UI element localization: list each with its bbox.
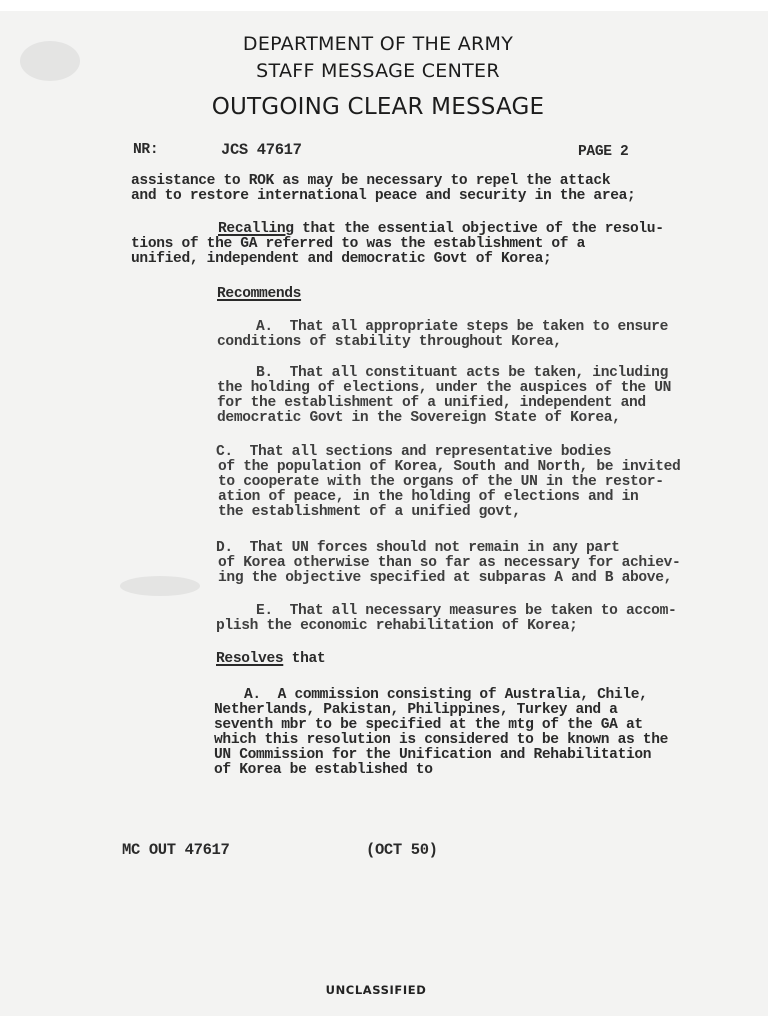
message-date: (OCT 50) bbox=[366, 843, 438, 859]
classification-label: UNCLASSIFIED bbox=[0, 983, 760, 997]
page-number: PAGE 2 bbox=[578, 145, 628, 161]
resolves-a-line: of Korea be established to bbox=[214, 763, 433, 779]
paper-smudge bbox=[120, 576, 200, 596]
recommends-b-line: democratic Govt in the Sovereign State o… bbox=[217, 411, 621, 427]
header-message-center: STAFF MESSAGE CENTER bbox=[0, 60, 762, 82]
resolves-text: that bbox=[283, 651, 325, 667]
recommends-c-line: the establishment of a unified govt, bbox=[218, 505, 521, 521]
recalling-keyword: Recalling bbox=[218, 221, 294, 237]
resolves-keyword: Resolves bbox=[216, 651, 283, 667]
header-department: DEPARTMENT OF THE ARMY bbox=[0, 33, 762, 55]
recommends-e-line: plish the economic rehabilitation of Kor… bbox=[216, 619, 578, 635]
body-intro-line: and to restore international peace and s… bbox=[131, 189, 635, 205]
recalling-text: that the essential objective of the reso… bbox=[294, 221, 664, 237]
mc-out-number: MC OUT 47617 bbox=[122, 843, 229, 859]
resolves-heading: Resolves that bbox=[216, 652, 325, 668]
header-message-type: OUTGOING CLEAR MESSAGE bbox=[0, 94, 762, 120]
nr-label: NR: bbox=[133, 143, 158, 159]
recommends-d-line: ing the objective specified at subparas … bbox=[218, 571, 672, 587]
nr-value: JCS 47617 bbox=[221, 143, 302, 159]
recalling-line: unified, independent and democratic Govt… bbox=[131, 252, 551, 268]
recommends-a-line: conditions of stability throughout Korea… bbox=[217, 335, 562, 351]
recommends-heading: Recommends bbox=[217, 287, 301, 303]
